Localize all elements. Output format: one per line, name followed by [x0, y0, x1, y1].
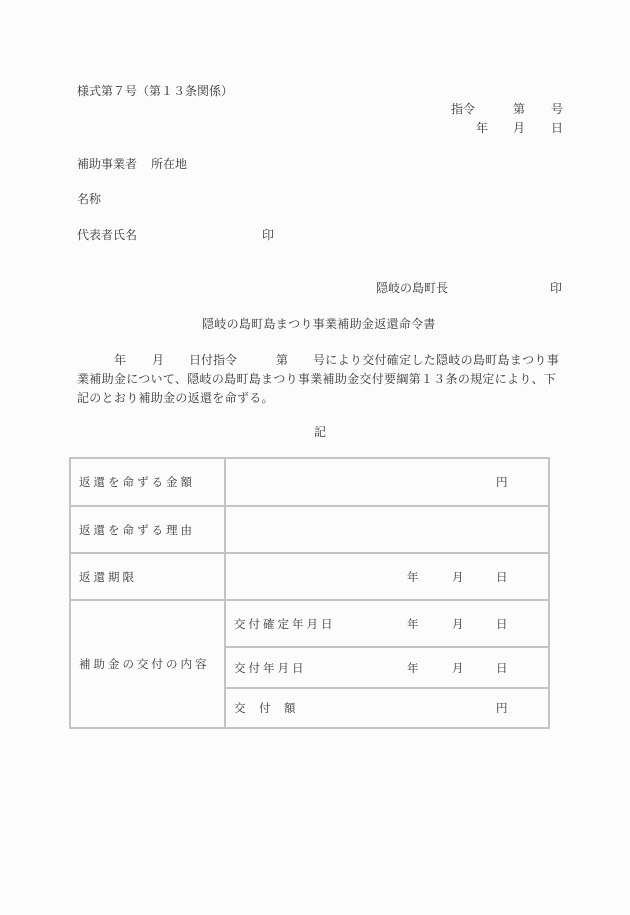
grant-confirm-day: 日	[496, 616, 508, 632]
body-line2: 業補助金について、隠岐の島町島まつり事業補助金交付要綱第１３条の規定により、下	[77, 372, 556, 386]
grant-amount-cell: 交 付 額 円	[225, 688, 549, 728]
body-day-ref: 日付指令	[189, 353, 237, 367]
body-year: 年	[114, 353, 126, 367]
details-table: 返還を命ずる金額 円 返還を命ずる理由 返還期限 年 月 日 補助金の交付の内容…	[69, 457, 550, 729]
table-row-grant-confirm-date: 補助金の交付の内容 交付確定年月日 年 月 日	[70, 600, 549, 647]
grant-day: 日	[496, 660, 508, 676]
recipient-name-label: 名称	[77, 192, 101, 206]
grant-confirm-date-label: 交付確定年月日	[234, 617, 336, 631]
table-row-amount: 返還を命ずる金額 円	[70, 458, 549, 506]
grant-year: 年	[407, 660, 419, 676]
date-day: 日	[551, 121, 563, 135]
grant-confirm-year: 年	[407, 616, 419, 632]
deadline-year: 年	[407, 569, 419, 585]
grant-details-label: 補助金の交付の内容	[70, 600, 225, 728]
table-row-deadline: 返還期限 年 月 日	[70, 553, 549, 600]
order-ref-prefix: 指令	[451, 102, 475, 116]
date-month: 月	[513, 121, 525, 135]
recipient-seal: 印	[262, 228, 274, 242]
issuer-seal: 印	[550, 281, 562, 295]
issuer-name: 隠岐の島町長	[376, 281, 448, 295]
deadline-day: 日	[496, 569, 508, 585]
amount-value-cell: 円	[225, 458, 549, 506]
amount-label: 返還を命ずる金額	[70, 458, 225, 506]
order-ref-dai: 第	[513, 102, 525, 116]
grant-confirm-date-cell: 交付確定年月日 年 月 日	[225, 600, 549, 647]
date-year: 年	[476, 121, 488, 135]
grant-amount-unit: 円	[496, 700, 508, 716]
body-dai: 第	[276, 353, 288, 367]
reason-value-cell	[225, 506, 549, 553]
grant-date-label: 交付年月日	[234, 661, 307, 675]
document-title: 隠岐の島町島まつり事業補助金返還命令書	[202, 317, 436, 331]
grant-confirm-month: 月	[452, 616, 464, 632]
body-line3: 記のとおり補助金の返還を命ずる。	[77, 391, 274, 405]
grant-month: 月	[452, 660, 464, 676]
reason-label: 返還を命ずる理由	[70, 506, 225, 553]
table-row-reason: 返還を命ずる理由	[70, 506, 549, 553]
recipient-title: 補助事業者	[77, 157, 137, 171]
recipient-representative-label: 代表者氏名	[77, 228, 137, 242]
deadline-month: 月	[452, 569, 464, 585]
deadline-value-cell: 年 月 日	[225, 553, 549, 600]
amount-unit: 円	[496, 474, 508, 490]
order-ref-go: 号	[551, 102, 563, 116]
ki-label: 記	[314, 425, 326, 439]
deadline-label: 返還期限	[70, 553, 225, 600]
body-month: 月	[152, 353, 164, 367]
grant-amount-label: 交 付 額	[234, 701, 297, 715]
grant-date-cell: 交付年月日 年 月 日	[225, 647, 549, 688]
body-line1-rest: 号により交付確定した隠岐の島町島まつり事	[313, 353, 559, 367]
form-number: 様式第７号（第１３条関係）	[77, 84, 233, 98]
recipient-address-label: 所在地	[151, 157, 187, 171]
